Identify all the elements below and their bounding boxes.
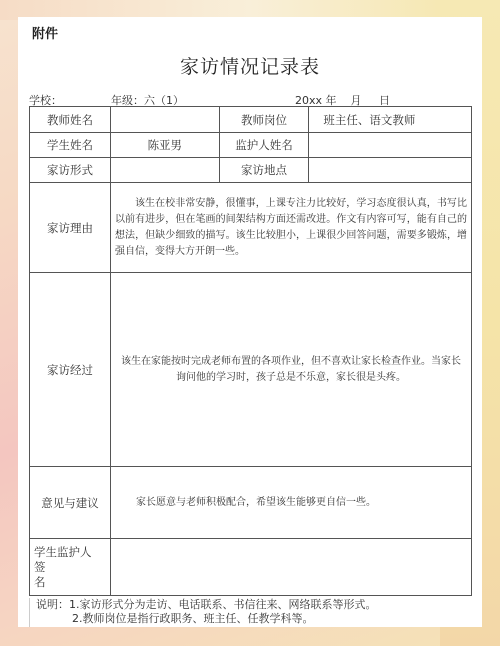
table-row: 学生姓名 陈亚男 监护人姓名 <box>30 133 472 158</box>
guardian-signature-label-line2: 签 名 <box>34 560 98 590</box>
advice-field[interactable]: 家长愿意与老师积极配合，希望该生能够更自信一些。 <box>110 467 471 539</box>
guardian-signature-label: 学生监护人 签 名 <box>30 539 111 596</box>
visit-reason-field[interactable]: 该生在校非常安静，很懂事，上课专注力比较好，学习态度很认真，书写比以前有进步，但… <box>110 183 471 273</box>
table-row: 家访形式 家访地点 <box>30 158 472 183</box>
guardian-signature-label-line1: 学生监护人 <box>34 545 106 560</box>
table-row: 教师姓名 教师岗位 班主任、语文教师 <box>30 107 472 133</box>
student-name-label: 学生姓名 <box>30 133 111 158</box>
table-row: 学生监护人 签 名 <box>30 539 472 596</box>
guardian-signature-field[interactable] <box>110 539 471 596</box>
teacher-name-field[interactable] <box>110 107 219 133</box>
note-line-1: 说明：1.家访形式分为走访、电话联系、书信往来、网络联系等形式。 <box>36 598 472 612</box>
signature-char-2: 名 <box>34 575 98 590</box>
visit-reason-label: 家访理由 <box>30 183 111 273</box>
visit-form-label: 家访形式 <box>30 158 111 183</box>
visit-location-field[interactable] <box>309 158 472 183</box>
visit-process-field[interactable]: 该生在家能按时完成老师布置的各项作业，但不喜欢让家长检查作业。当家长询问他的学习… <box>110 273 471 467</box>
document-page: 附件 家访情况记录表 学校： 年级：六（1） 20xx 年 月 日 教师姓名 教… <box>18 17 482 627</box>
student-name-field[interactable]: 陈亚男 <box>110 133 219 158</box>
visit-process-label: 家访经过 <box>30 273 111 467</box>
visit-form-field[interactable] <box>110 158 219 183</box>
teacher-position-field[interactable]: 班主任、语文教师 <box>309 107 472 133</box>
table-row: 家访理由 该生在校非常安静，很懂事，上课专注力比较好，学习态度很认真，书写比以前… <box>30 183 472 273</box>
teacher-name-label: 教师姓名 <box>30 107 111 133</box>
attachment-label: 附件 <box>32 23 58 42</box>
advice-label: 意见与建议 <box>30 467 111 539</box>
table-row: 意见与建议 家长愿意与老师积极配合，希望该生能够更自信一些。 <box>30 467 472 539</box>
home-visit-form: 教师姓名 教师岗位 班主任、语文教师 学生姓名 陈亚男 监护人姓名 家访形式 家… <box>29 106 472 596</box>
guardian-name-label: 监护人姓名 <box>219 133 309 158</box>
table-row: 家访经过 该生在家能按时完成老师布置的各项作业，但不喜欢让家长检查作业。当家长询… <box>30 273 472 467</box>
signature-char-1: 签 <box>34 560 98 575</box>
guardian-name-field[interactable] <box>309 133 472 158</box>
note-line-2: 2.教师岗位是指行政职务、班主任、任教学科等。 <box>36 612 472 626</box>
visit-location-label: 家访地点 <box>219 158 309 183</box>
notes: 说明：1.家访形式分为走访、电话联系、书信往来、网络联系等形式。 2.教师岗位是… <box>29 598 472 627</box>
teacher-position-label: 教师岗位 <box>219 107 309 133</box>
page-title: 家访情况记录表 <box>18 52 482 79</box>
